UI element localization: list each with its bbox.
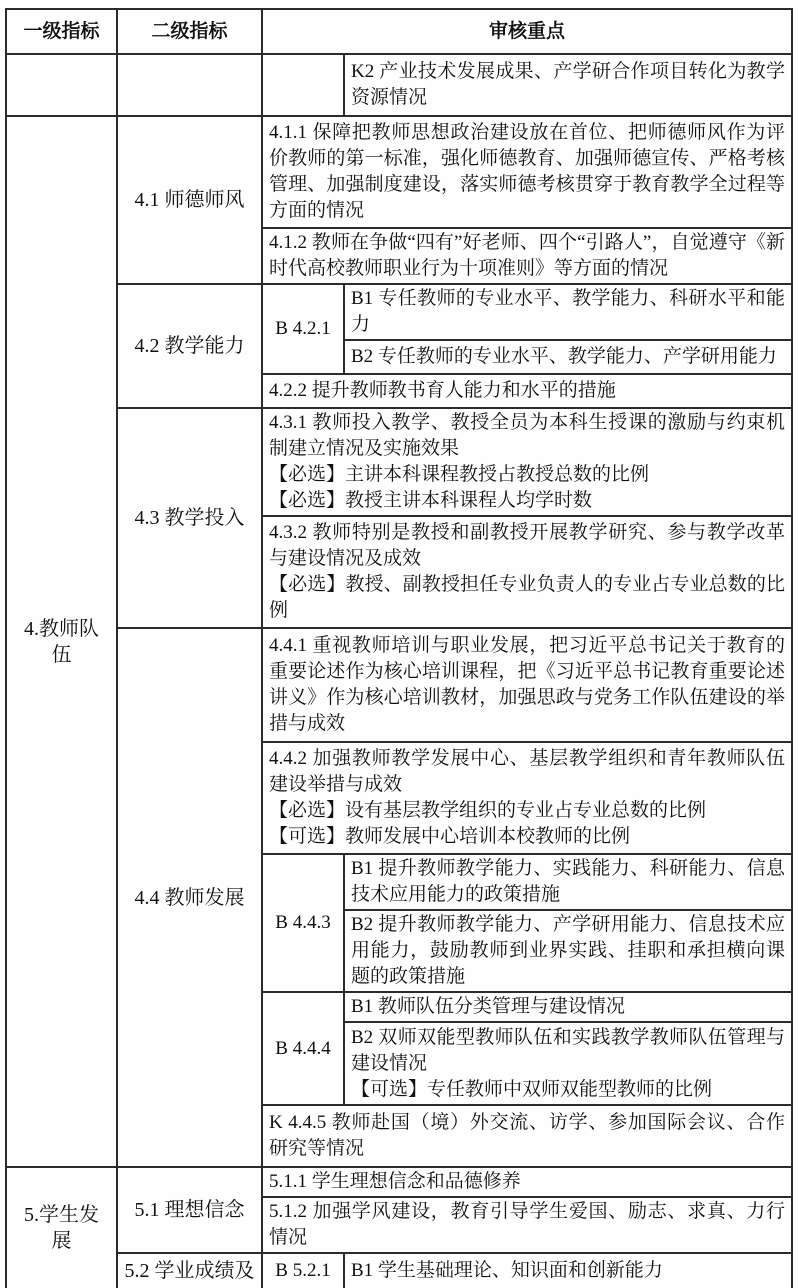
- carryover-row: K2 产业技术发展成果、产学研合作项目转化为教学资源情况: [6, 54, 792, 116]
- header-level2-indicator: 二级指标: [117, 9, 262, 54]
- cell-4-4-4-b2: B2 双师双能型教师队伍和实践教学教师队伍管理与建设情况 【可选】专任教师中双师…: [344, 1022, 792, 1105]
- empty-level1-cell: [6, 54, 117, 116]
- required-item-line: 【必选】主讲本科课程教授占教授总数的比例: [269, 462, 785, 488]
- optional-item-line: 【可选】专任教师中双师双能型教师的比例: [351, 1077, 785, 1103]
- text-line: 5.1.1 学生理想信念和品德修养: [269, 1169, 785, 1195]
- sublabel-cell-b421: B 4.2.1: [262, 284, 344, 374]
- cell-4-4-4-b1: B1 教师队伍分类管理与建设情况: [344, 992, 792, 1022]
- text-line: K2 产业技术发展成果、产学研合作项目转化为教学资源情况: [351, 59, 785, 111]
- level1-cell-teachers: 4.教师队伍: [6, 116, 117, 1167]
- header-row: 一级指标 二级指标 审核重点: [6, 9, 792, 54]
- empty-sublabel-cell: [262, 54, 344, 116]
- text-line: 4.3.2 教师特别是教授和副教授开展教学研究、参与教学改革与建设情况及成效: [269, 520, 785, 572]
- cell-4-3-2: 4.3.2 教师特别是教授和副教授开展教学研究、参与教学改革与建设情况及成效 【…: [262, 516, 792, 628]
- optional-item-line: 【可选】教师发展中心培训本校教师的比例: [269, 824, 785, 850]
- table-row: 4.2 教学能力 B 4.2.1 B1 专任教师的专业水平、教学能力、科研水平和…: [6, 284, 792, 340]
- text-line: B2 提升教师教学能力、产学研用能力、信息技术应用能力，鼓励教师到业界实践、挂职…: [351, 912, 785, 990]
- k2-content-cell: K2 产业技术发展成果、产学研合作项目转化为教学资源情况: [344, 54, 792, 116]
- text-line: B1 专任教师的专业水平、教学能力、科研水平和能力: [351, 286, 785, 338]
- text-line: 4.1.2 教师在争做“四有”好老师、四个“引路人”，自觉遵守《新时代高校教师职…: [269, 230, 785, 282]
- text-line: 4.4.2 加强教师教学发展中心、基层教学组织和青年教师队伍建设举措与成效: [269, 746, 785, 798]
- text-line: B2 双师双能型教师队伍和实践教学教师队伍管理与建设情况: [351, 1025, 785, 1077]
- cell-5-2-1-b1: B1 学生基础理论、知识面和创新能力: [344, 1253, 792, 1288]
- text-line: 4.3.1 教师投入教学、教授全员为本科生授课的激励与约束机制建立情况及实施效果: [269, 410, 785, 462]
- cell-4-1-2: 4.1.2 教师在争做“四有”好老师、四个“引路人”，自觉遵守《新时代高校教师职…: [262, 228, 792, 284]
- table-row: 4.4 教师发展 4.4.1 重视教师培训与职业发展，把习近平总书记关于教育的重…: [6, 628, 792, 742]
- cell-4-4-3-b1: B1 提升教师教学能力、实践能力、科研能力、信息技术应用能力的政策措施: [344, 854, 792, 910]
- level2-cell-4-2: 4.2 教学能力: [117, 284, 262, 408]
- level2-cell-4-3: 4.3 教学投入: [117, 408, 262, 628]
- level2-cell-4-1: 4.1 师德师风: [117, 116, 262, 284]
- table-row: 5.2 学业成绩及 B 5.2.1 B1 学生基础理论、知识面和创新能力: [6, 1253, 792, 1288]
- sublabel-cell-b444: B 4.4.4: [262, 992, 344, 1105]
- text-line: 4.4.1 重视教师培训与职业发展，把习近平总书记关于教育的重要论述作为核心培训…: [269, 633, 785, 737]
- header-review-focus: 审核重点: [262, 9, 792, 54]
- empty-level2-cell: [117, 54, 262, 116]
- required-item-line: 【必选】教授主讲本科课程人均学时数: [269, 488, 785, 514]
- level2-cell-4-4: 4.4 教师发展: [117, 628, 262, 1167]
- header-level1-indicator: 一级指标: [6, 9, 117, 54]
- sublabel-cell-b443: B 4.4.3: [262, 854, 344, 992]
- text-line: 5.1.2 加强学风建设，教育引导学生爱国、励志、求真、力行情况: [269, 1199, 785, 1251]
- cell-4-4-1: 4.4.1 重视教师培训与职业发展，把习近平总书记关于教育的重要论述作为核心培训…: [262, 628, 792, 742]
- evaluation-indicator-table: 一级指标 二级指标 审核重点 K2 产业技术发展成果、产学研合作项目转化为教学资…: [5, 8, 793, 1288]
- cell-4-3-1: 4.3.1 教师投入教学、教授全员为本科生授课的激励与约束机制建立情况及实施效果…: [262, 408, 792, 516]
- level2-cell-5-1: 5.1 理想信念: [117, 1167, 262, 1253]
- text-line: B1 提升教师教学能力、实践能力、科研能力、信息技术应用能力的政策措施: [351, 856, 785, 908]
- cell-4-2-1-b1: B1 专任教师的专业水平、教学能力、科研水平和能力: [344, 284, 792, 340]
- required-item-line: 【必选】设有基层教学组织的专业占专业总数的比例: [269, 798, 785, 824]
- scanned-document-page: 一级指标 二级指标 审核重点 K2 产业技术发展成果、产学研合作项目转化为教学资…: [0, 0, 799, 1288]
- text-line: 4.1.1 保障把教师思想政治建设放在首位、把师德师风作为评价教师的第一标准，强…: [269, 120, 785, 224]
- table-row: 4.3 教学投入 4.3.1 教师投入教学、教授全员为本科生授课的激励与约束机制…: [6, 408, 792, 516]
- cell-4-4-2: 4.4.2 加强教师教学发展中心、基层教学组织和青年教师队伍建设举措与成效 【必…: [262, 742, 792, 854]
- cell-4-4-3-b2: B2 提升教师教学能力、产学研用能力、信息技术应用能力，鼓励教师到业界实践、挂职…: [344, 910, 792, 992]
- sublabel-cell-b521: B 5.2.1: [262, 1253, 344, 1288]
- cell-k-4-4-5: K 4.4.5 教师赴国（境）外交流、访学、参加国际会议、合作研究等情况: [262, 1105, 792, 1167]
- level1-cell-students: 5.学生发展: [6, 1167, 117, 1288]
- text-line: 4.2.2 提升教师教书育人能力和水平的措施: [269, 378, 785, 404]
- cell-5-1-1: 5.1.1 学生理想信念和品德修养: [262, 1167, 792, 1197]
- text-line: K 4.4.5 教师赴国（境）外交流、访学、参加国际会议、合作研究等情况: [269, 1110, 785, 1162]
- required-item-line: 【必选】教授、副教授担任专业负责人的专业占专业总数的比例: [269, 572, 785, 624]
- table-row: 4.教师队伍 4.1 师德师风 4.1.1 保障把教师思想政治建设放在首位、把师…: [6, 116, 792, 228]
- cell-4-1-1: 4.1.1 保障把教师思想政治建设放在首位、把师德师风作为评价教师的第一标准，强…: [262, 116, 792, 228]
- cell-4-2-2: 4.2.2 提升教师教书育人能力和水平的措施: [262, 374, 792, 408]
- level2-cell-5-2: 5.2 学业成绩及: [117, 1253, 262, 1288]
- cell-4-2-1-b2: B2 专任教师的专业水平、教学能力、产学研用能力: [344, 340, 792, 374]
- text-line: B1 教师队伍分类管理与建设情况: [351, 994, 785, 1020]
- text-line: B2 专任教师的专业水平、教学能力、产学研用能力: [351, 344, 785, 370]
- table-row: 5.学生发展 5.1 理想信念 5.1.1 学生理想信念和品德修养: [6, 1167, 792, 1197]
- cell-5-1-2: 5.1.2 加强学风建设，教育引导学生爱国、励志、求真、力行情况: [262, 1197, 792, 1253]
- text-line: B1 学生基础理论、知识面和创新能力: [351, 1258, 785, 1284]
